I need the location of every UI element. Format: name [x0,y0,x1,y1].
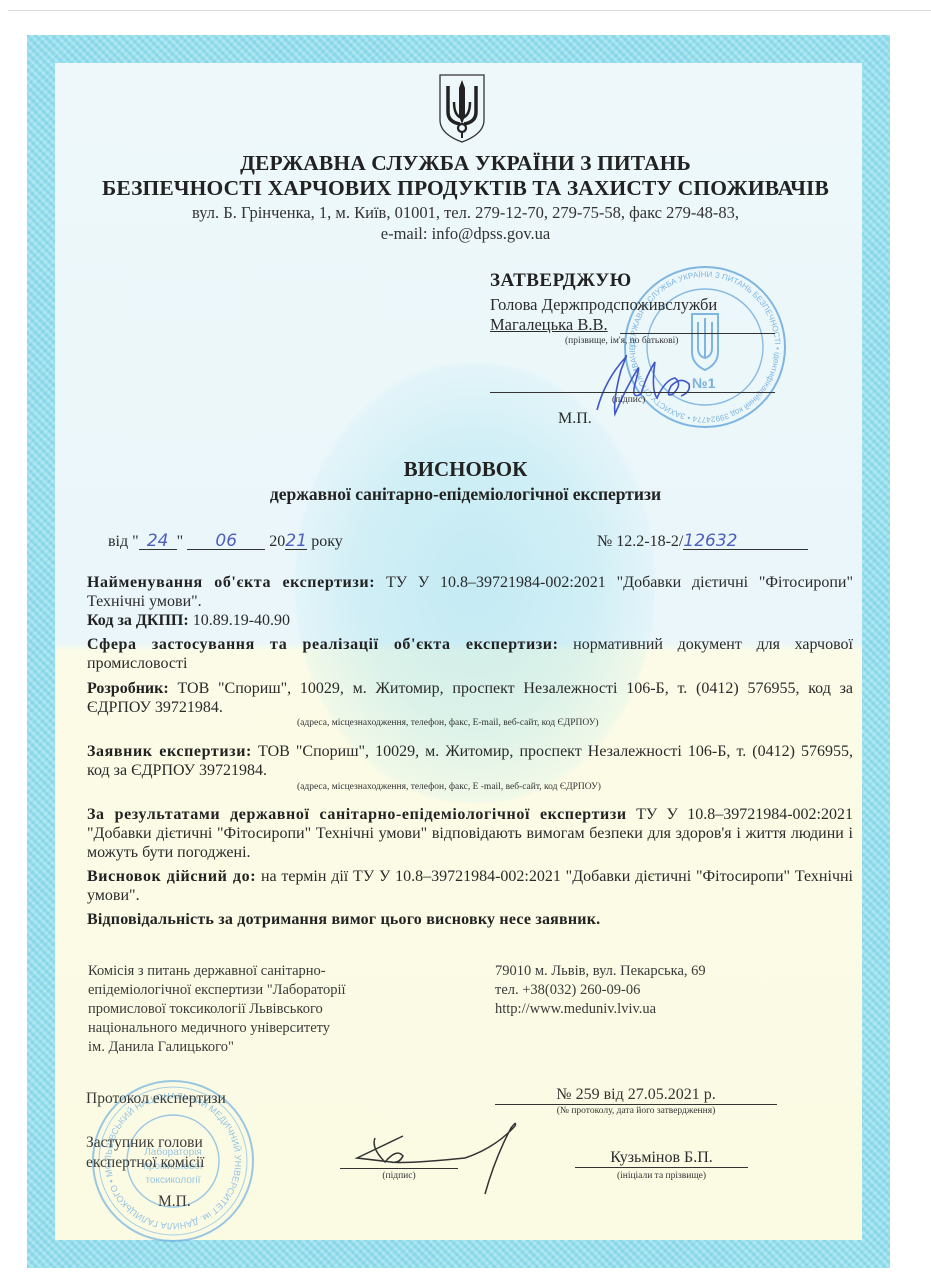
date-quote: " [177,533,184,550]
object-label: Найменування об'єкта експертизи: [87,574,375,591]
field-validity: Висновок дійсний до: на термін дії ТУ У … [87,867,853,905]
deputy-title: Заступник голови експертної комісії [86,1133,204,1173]
field-responsibility: Відповідальність за дотримання вимог цьо… [87,910,853,929]
commission-line: промислової токсикології Львівського [88,1000,418,1019]
number-value: 12632 [683,533,808,550]
page-edge [8,10,931,11]
agency-name-line1: ДЕРЖАВНА СЛУЖБА УКРАЇНИ З ПИТАНЬ [0,151,931,176]
approval-position: Голова Держпродспоживслужби [490,295,717,315]
contact-website: http://www.meduniv.lviv.ua [495,1000,706,1019]
deputy-signature [345,1118,535,1198]
deputy-signature-caption: (підпис) [340,1171,458,1181]
validity-label: Висновок дійсний до: [87,868,256,885]
date-suffix: року [311,533,343,550]
applicant-caption: (адреса, місцезнаходження, телефон, факс… [297,782,601,792]
deputy-line1: Заступник голови [86,1133,204,1153]
deputy-name-caption: (ініціали та прізвище) [575,1171,748,1181]
field-applicant: Заявник експертизи: ТОВ "Спориш", 10029,… [87,742,853,780]
protocol-label: Протокол експертизи [86,1090,226,1108]
field-developer: Розробник: ТОВ "Спориш", 10029, м. Житом… [87,679,853,717]
svg-text:токсикології: токсикології [145,1175,200,1186]
field-scope: Сфера застосування та реалізації об'єкта… [87,635,853,673]
code-label: Код за ДКПП: [87,612,189,629]
field-object: Найменування об'єкта експертизи: ТУ У 10… [87,573,853,611]
approval-title: ЗАТВЕРДЖУЮ [490,270,632,292]
approval-signature [585,340,715,420]
field-code: Код за ДКПП: 10.89.19-40.90 [87,611,853,630]
code-value: 10.89.19-40.90 [193,612,290,629]
document-subtitle: державної санітарно-епідеміологічної екс… [0,484,931,505]
date-year-prefix: 20 [269,533,285,550]
contact-address: 79010 м. Львів, вул. Пекарська, 69 [495,962,706,981]
developer-value: ТОВ "Спориш", 10029, м. Житомир, проспек… [87,680,853,716]
commission-line: ім. Данила Галицького" [88,1038,418,1057]
date-year-suffix: 21 [285,533,307,550]
approval-name-line [620,333,775,334]
approval-signature-caption: (підпис) [612,395,645,405]
responsibility-text: Відповідальність за дотримання вимог цьо… [87,911,600,928]
document-number: № 12.2-18-2/12632 [597,533,808,551]
commission-contacts: 79010 м. Львів, вул. Пекарська, 69 тел. … [495,962,706,1019]
date-prefix: від " [108,533,139,550]
applicant-label: Заявник експертизи: [87,743,252,760]
date-day: 24 [139,533,177,550]
field-result: За результатами державної санітарно-епід… [87,805,853,862]
developer-caption: (адреса, місцезнаходження, телефон, факс… [297,718,599,728]
agency-address: вул. Б. Грінченка, 1, м. Київ, 01001, те… [0,203,931,223]
deputy-name: Кузьмінов Б.П. [575,1149,748,1168]
scope-label: Сфера застосування та реалізації об'єкта… [87,636,559,653]
developer-label: Розробник: [87,680,169,697]
approval-seal-label: М.П. [558,410,592,428]
approval-signature-line [490,392,775,393]
document-date: від "24" 06 2021 року [108,533,343,551]
agency-name-line2: БЕЗПЕЧНОСТІ ХАРЧОВИХ ПРОДУКТІВ ТА ЗАХИСТ… [0,176,931,201]
result-label: За результатами державної санітарно-епід… [87,806,627,823]
commission-line: Комісія з питань державної санітарно- [88,962,418,981]
commission-name: Комісія з питань державної санітарно- еп… [88,962,418,1057]
deputy-signature-line [340,1168,458,1169]
protocol-caption: (№ протоколу, дата його затвердження) [495,1106,777,1116]
date-month: 06 [187,533,265,550]
trident-coat-of-arms-icon [436,72,488,144]
agency-email: e-mail: info@dpss.gov.ua [0,224,931,244]
deputy-line2: експертної комісії [86,1153,204,1173]
footer-seal-label: М.П. [158,1193,191,1211]
contact-phone: тел. +38(032) 260-09-06 [495,981,706,1000]
document-title: ВИСНОВОК [0,457,931,482]
number-prefix: № 12.2-18-2/ [597,533,683,550]
commission-line: національного медичного університету [88,1019,418,1038]
protocol-value: № 259 від 27.05.2021 р. [495,1086,777,1105]
commission-line: епідеміологічної експертизи "Лабораторії [88,981,418,1000]
approval-name: Магалецька В.В. [490,315,608,335]
